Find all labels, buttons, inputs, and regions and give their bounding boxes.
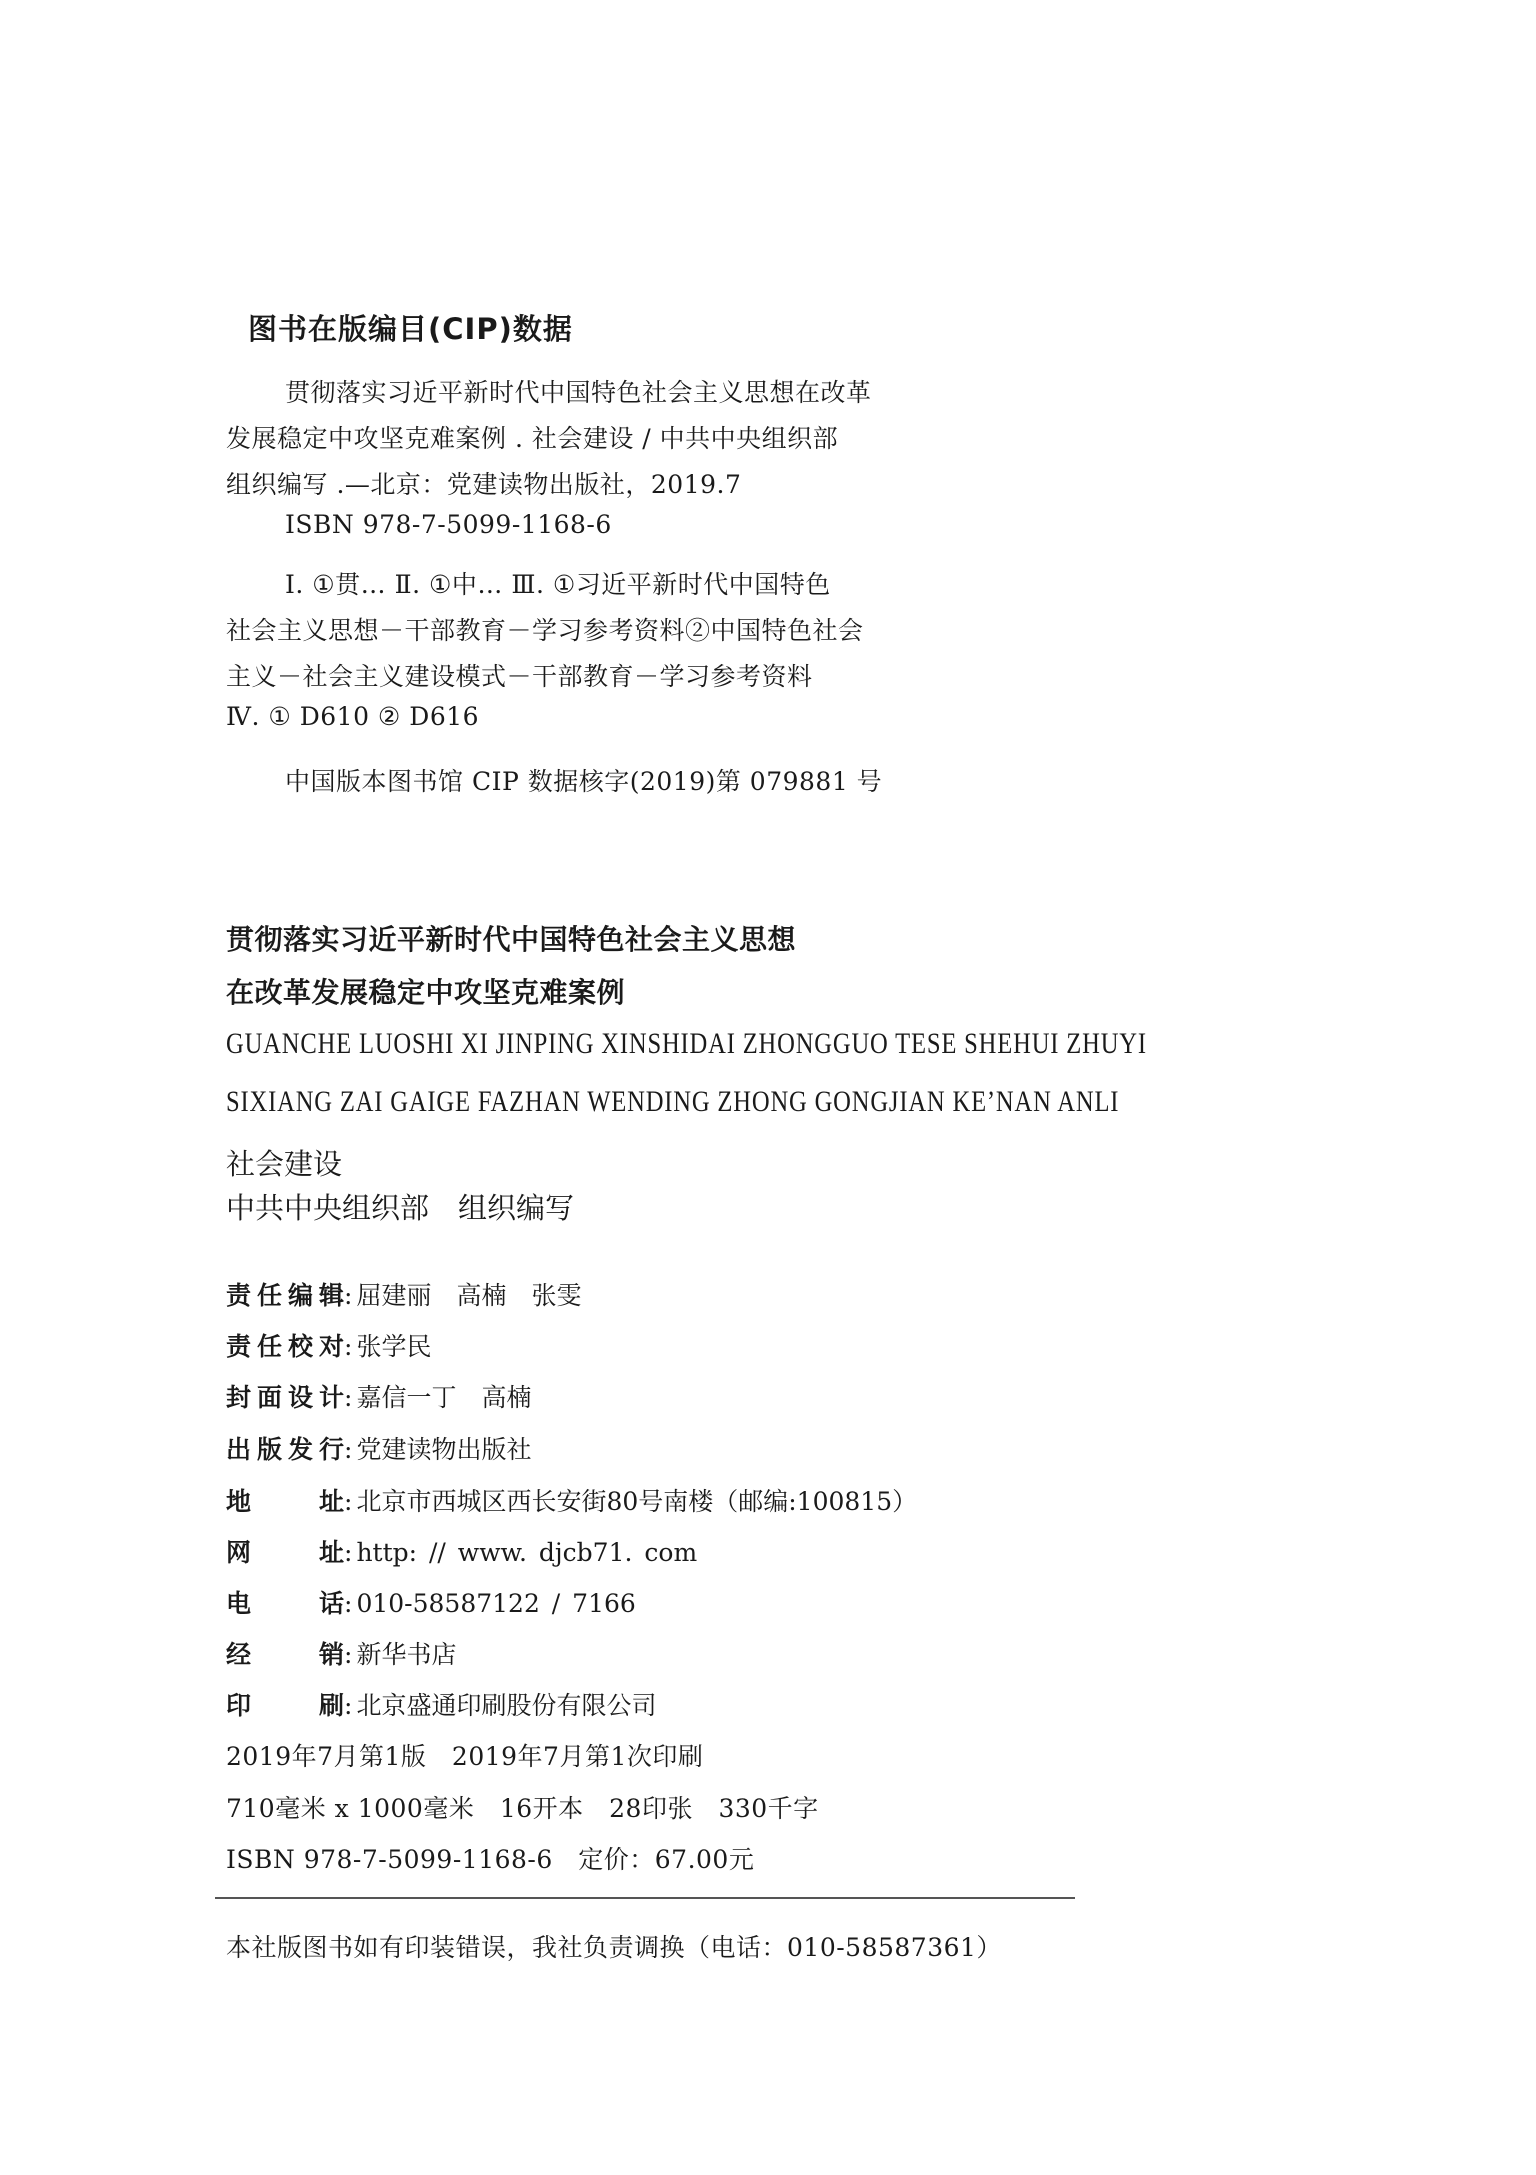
credit-value: 嘉信一丁 高楠 [356,1378,531,1414]
footer-notice: 本社版图书如有印装错误，我社负责调换（电话：010-58587361） [226,1928,1002,1964]
cip-subject-line-2: 社会主义思想－干部教育－学习参考资料②中国特色社会 [226,611,864,647]
cip-record-line-2: 发展稳定中攻坚克难案例 . 社会建设 / 中共中央组织部 [226,419,838,455]
credit-row-editors: 责任编辑 : 屈建丽 高楠 张雯 [226,1276,581,1312]
credit-label: 电话 [226,1584,344,1620]
credit-label: 封面设计 [226,1378,344,1414]
credit-row-website: 网址 : http: // www. djcb71. com [226,1533,697,1569]
credit-label: 责任编辑 [226,1276,344,1312]
credit-value: 屈建丽 高楠 张雯 [356,1276,581,1312]
cip-record-line-1: 贯彻落实习近平新时代中国特色社会主义思想在改革 [285,373,872,409]
isbn-price: ISBN 978-7-5099-1168-6 定价：67.00元 [226,1840,754,1876]
credit-label: 经销 [226,1635,344,1671]
credit-value: 党建读物出版社 [356,1430,531,1466]
credit-row-proofreader: 责任校对 : 张学民 [226,1327,431,1363]
divider [215,1897,1075,1899]
cip-subject-line-4: Ⅳ. ① D610 ② D616 [226,702,479,731]
credit-row-printer: 印刷 : 北京盛通印刷股份有限公司 [226,1686,656,1722]
cip-heading: 图书在版编目(CIP)数据 [248,307,573,348]
credit-value: 北京盛通印刷股份有限公司 [356,1686,656,1722]
edition-info: 2019年7月第1版 2019年7月第1次印刷 [226,1737,703,1773]
credit-row-cover-design: 封面设计 : 嘉信一丁 高楠 [226,1378,531,1414]
credit-row-distributor: 经销 : 新华书店 [226,1635,456,1671]
credit-label: 网址 [226,1533,344,1569]
book-title-line-1: 贯彻落实习近平新时代中国特色社会主义思想 [226,918,796,958]
cip-subject-line-1: Ⅰ. ①贯… Ⅱ. ①中… Ⅲ. ①习近平新时代中国特色 [285,565,831,601]
credit-value: 010-58587122 / 7166 [356,1589,635,1618]
credit-row-publisher: 出版发行 : 党建读物出版社 [226,1430,531,1466]
cip-subject-line-3: 主义－社会主义建设模式－干部教育－学习参考资料 [226,657,813,693]
compiler-line: 中共中央组织部 组织编写 [226,1186,574,1227]
credit-row-phone: 电话 : 010-58587122 / 7166 [226,1584,636,1620]
website-link[interactable]: http: // www. djcb71. com [356,1538,697,1567]
credit-label: 出版发行 [226,1430,344,1466]
credit-value: 张学民 [356,1327,431,1363]
credit-label: 地址 [226,1482,344,1518]
cip-verification-number: 中国版本图书馆 CIP 数据核字(2019)第 079881 号 [285,762,882,798]
pinyin-title-line-1: GUANCHE LUOSHI XI JINPING XINSHIDAI ZHON… [226,1027,1147,1061]
cip-isbn: ISBN 978-7-5099-1168-6 [285,510,612,539]
cip-record-line-3: 组织编写 .—北京：党建读物出版社，2019.7 [226,465,741,501]
credit-value: 北京市西城区西长安街80号南楼（邮编:100815） [356,1482,917,1518]
credit-row-address: 地址 : 北京市西城区西长安街80号南楼（邮编:100815） [226,1482,917,1518]
credit-label: 责任校对 [226,1327,344,1363]
credit-label: 印刷 [226,1686,344,1722]
format-info: 710毫米 x 1000毫米 16开本 28印张 330千字 [226,1789,819,1825]
credit-value: 新华书店 [356,1635,456,1671]
volume-subtitle: 社会建设 [226,1142,342,1183]
pinyin-title-line-2: SIXIANG ZAI GAIGE FAZHAN WENDING ZHONG G… [226,1085,1119,1119]
book-title-line-2: 在改革发展稳定中攻坚克难案例 [226,971,625,1011]
